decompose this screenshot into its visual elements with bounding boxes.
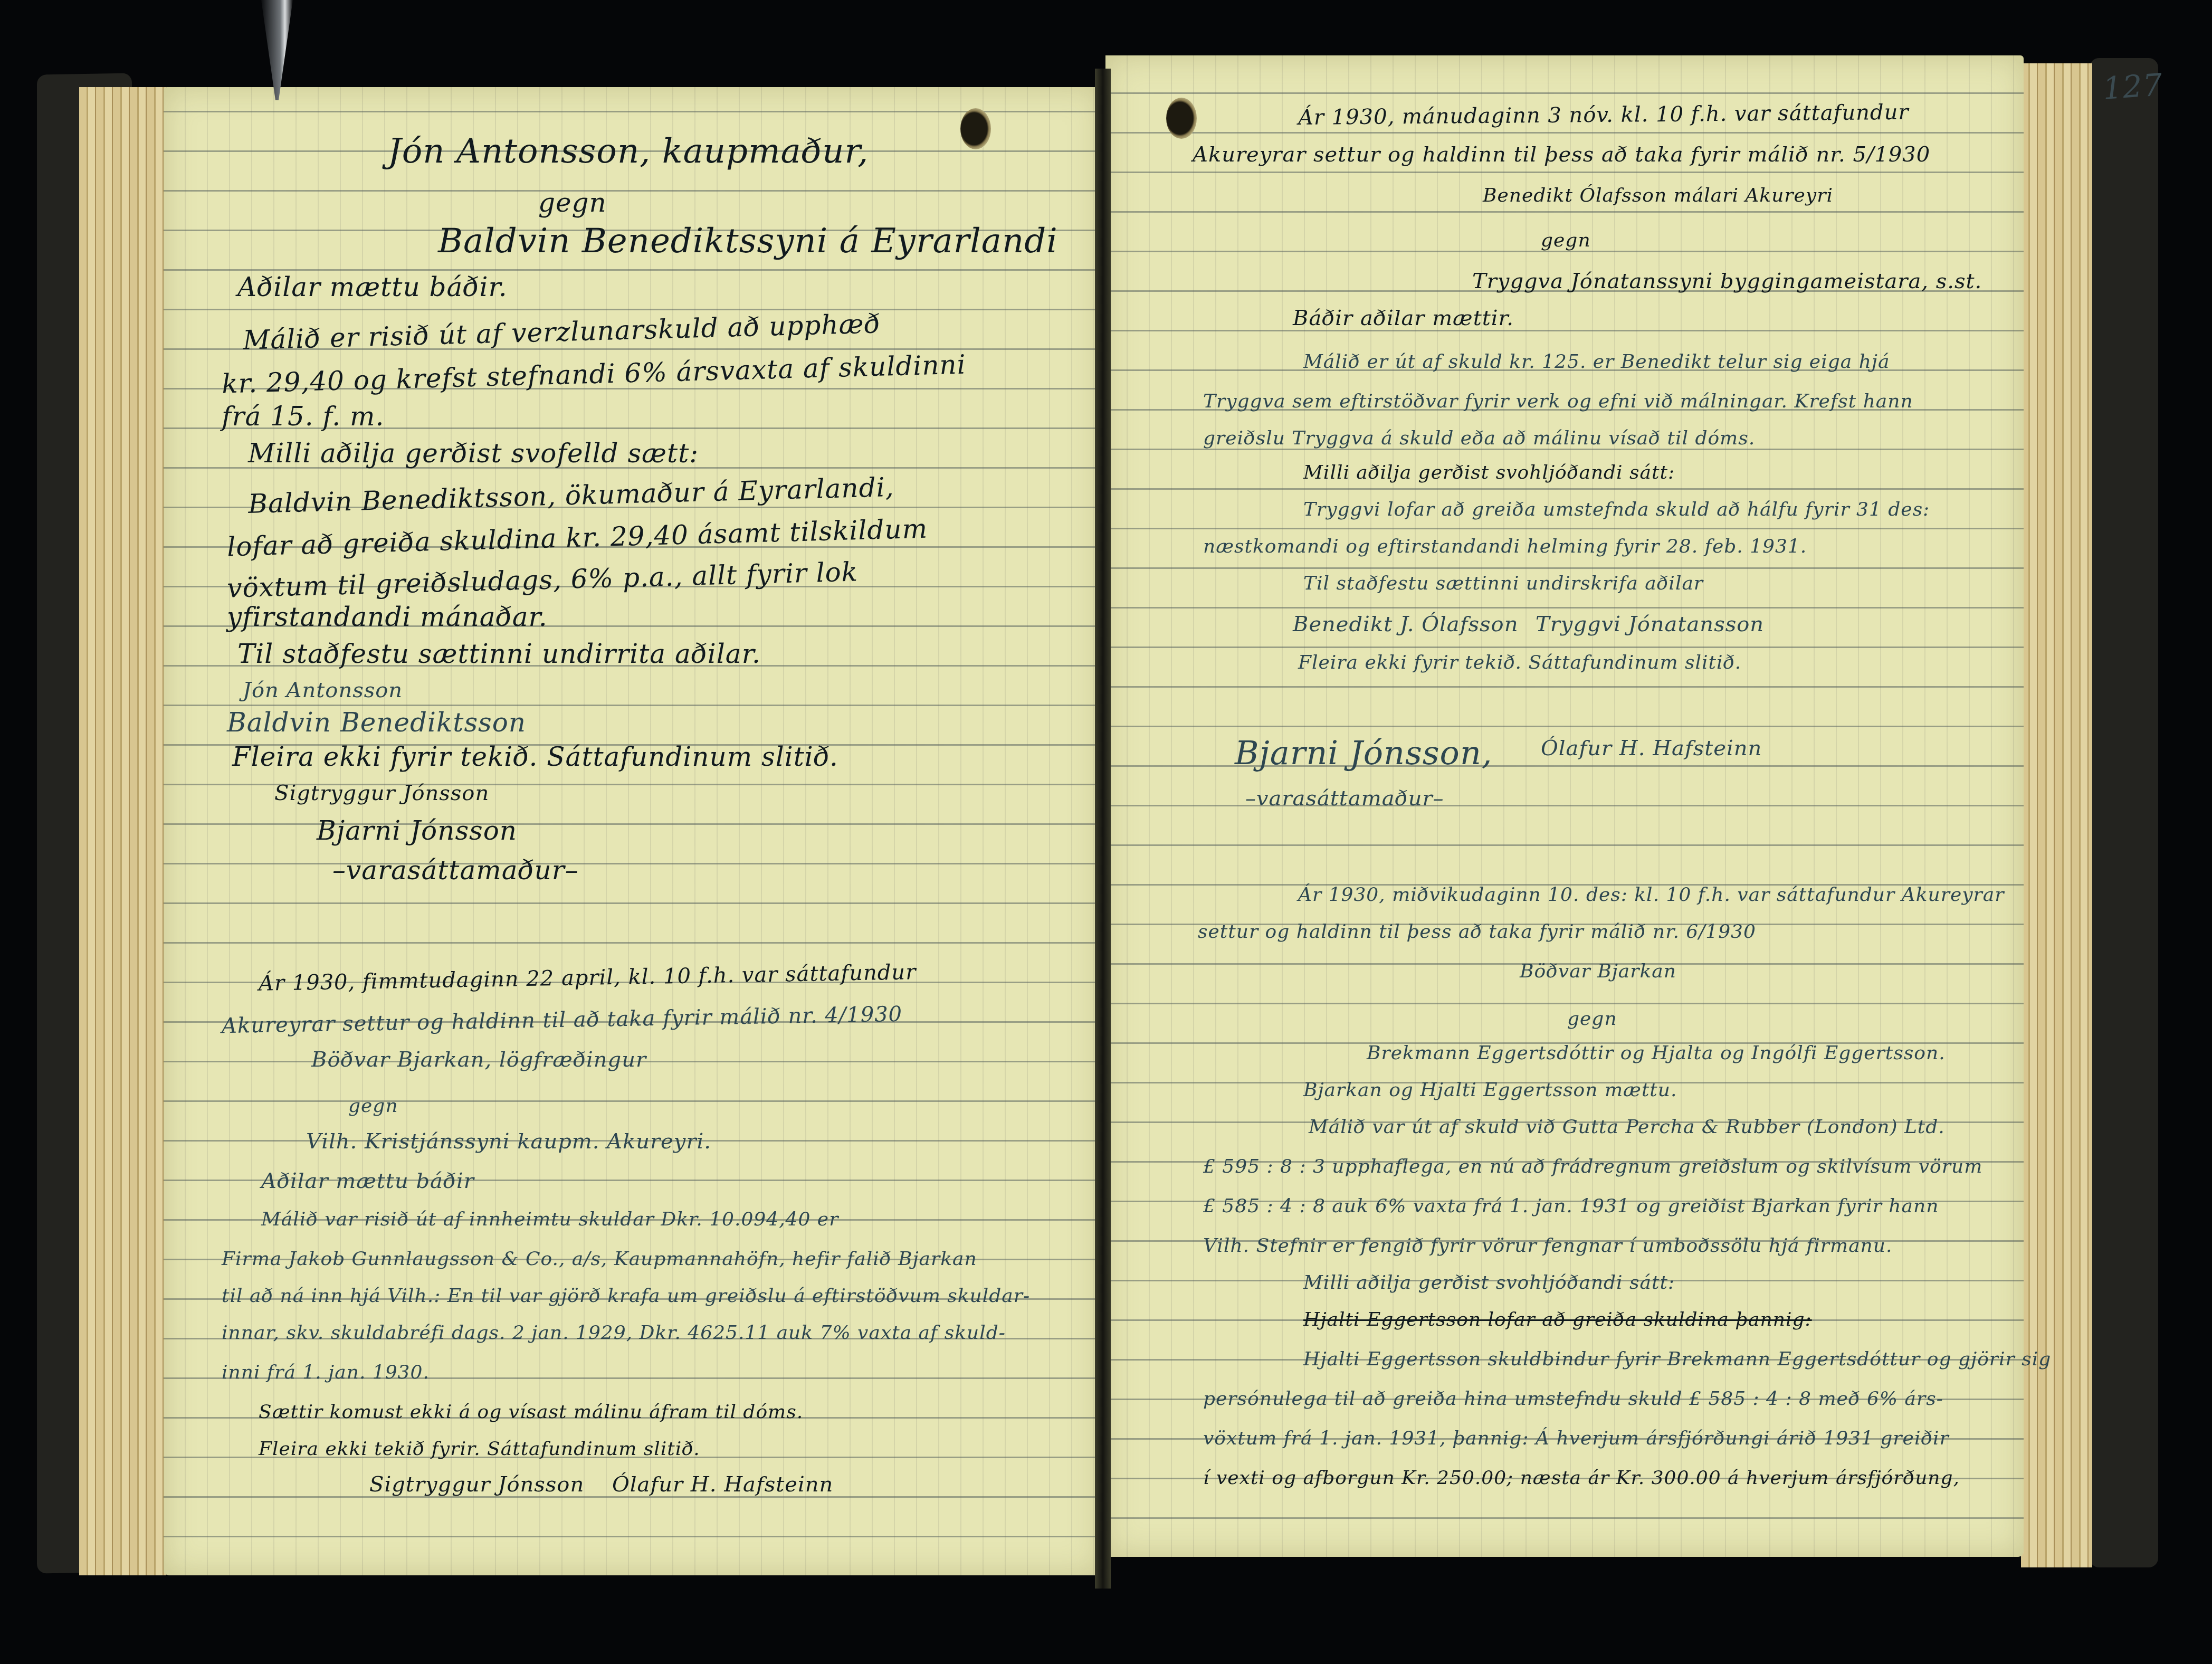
page-number: 127: [2102, 66, 2164, 107]
signature: Sigtryggur Jónsson: [274, 781, 489, 805]
text-line: í vexti og afborgun Kr. 250.00; næsta ár…: [1203, 1467, 1960, 1489]
punch-hole-icon: [1166, 98, 1197, 139]
text-line: Milli aðilja gerðist svohljóðandi sátt:: [1303, 1272, 1675, 1294]
signature: Bjarni Jónsson,: [1235, 734, 1493, 772]
text-line: gegn: [1541, 230, 1591, 251]
text-line: Böðvar Bjarkan, lögfræðingur: [311, 1048, 646, 1072]
text-line: Böðvar Bjarkan: [1520, 961, 1676, 982]
case-defendant: Baldvin Benediktssyni á Eyrarlandi: [438, 222, 1058, 261]
signature: Benedikt J. Ólafsson: [1293, 612, 1518, 636]
signature: Ólafur H. Hafsteinn: [612, 1472, 833, 1497]
text-line: Fleira ekki tekið fyrir. Sáttafundinum s…: [259, 1438, 700, 1460]
text-line: Brekmann Eggertsdóttir og Hjalta og Ingó…: [1367, 1042, 1946, 1064]
text-line: Hjalti Eggertsson skuldbindur fyrir Brek…: [1303, 1348, 2051, 1370]
case-plaintiff: Jón Antonsson, kaupmaður,: [388, 132, 869, 171]
text-line: Vilh. Kristjánssyni kaupm. Akureyri.: [306, 1129, 711, 1154]
text-line: Málið var út af skuld við Gutta Percha &…: [1309, 1116, 1945, 1138]
left-page: [164, 87, 1100, 1575]
text-line: £ 585 : 4 : 8 auk 6% vaxta frá 1. jan. 1…: [1203, 1195, 1939, 1217]
signature: Sigtryggur Jónsson: [369, 1472, 584, 1497]
text-line: vöxtum frá 1. jan. 1931, þannig: Á hverj…: [1203, 1428, 1949, 1449]
text-line: Vilh. Stefnir er fengið fyrir vörur feng…: [1203, 1235, 1892, 1257]
text-line: til að ná inn hjá Vilh.: En til var gjör…: [222, 1285, 1030, 1307]
text-line: inni frá 1. jan. 1930.: [222, 1362, 430, 1383]
text-line: Akureyrar settur og haldinn til þess að …: [1193, 142, 1930, 167]
text-line: Milli aðilja gerðist svofelld sætt:: [248, 438, 699, 469]
text-line: Aðilar mættu báðir: [261, 1169, 474, 1193]
text-line: yfirstandandi mánaðar.: [227, 602, 548, 632]
text-line: Til staðfestu sættinni undirskrifa aðila…: [1303, 573, 1703, 594]
signature-title: –varasáttamaður–: [332, 855, 579, 886]
book-cover-right: [2090, 58, 2158, 1567]
text-line: Málið var risið út af innheimtu skuldar …: [261, 1209, 838, 1230]
text-line: Ár 1930, miðvikudaginn 10. des: kl. 10 f…: [1298, 884, 2004, 906]
text-line: £ 595 : 8 : 3 upphaflega, en nú að frádr…: [1203, 1156, 1982, 1177]
text-line: Firma Jakob Gunnlaugsson & Co., a/s, Kau…: [222, 1248, 977, 1270]
text-line: Báðir aðilar mættir.: [1293, 306, 1514, 330]
case-versus: gegn: [538, 187, 607, 218]
text-line: gegn: [1567, 1008, 1617, 1030]
text-line: Málið er út af skuld kr. 125. er Benedik…: [1303, 351, 1890, 373]
signature-title: –varasáttamaður–: [1245, 786, 1444, 811]
page-edges-right: [2021, 63, 2092, 1567]
struck-text-line: Hjalti Eggertsson lofar að greiða skuldi…: [1303, 1309, 1812, 1330]
pen-nib-icon: [261, 0, 293, 100]
page-edges-left: [79, 87, 166, 1575]
signature: Baldvin Benediktsson: [227, 707, 526, 738]
text-line: Aðilar mættu báðir.: [237, 272, 508, 302]
signature: Bjarni Jónsson: [317, 815, 517, 846]
text-line: greiðslu Tryggva á skuld eða að málinu v…: [1203, 427, 1755, 449]
closing-line: Fleira ekki fyrir tekið. Sáttafundinum s…: [1298, 652, 1741, 673]
closing-line: Fleira ekki fyrir tekið. Sáttafundinum s…: [232, 741, 838, 772]
text-line: settur og haldinn til þess að taka fyrir…: [1198, 921, 1756, 943]
signature: Tryggvi Jónatansson: [1536, 612, 1764, 636]
text-line: Tryggvi lofar að greiða umstefnda skuld …: [1303, 499, 1930, 520]
text-line: Benedikt Ólafsson málari Akureyri: [1483, 185, 1833, 206]
text-line: innar, skv. skuldabréfi dags. 2 jan. 192…: [222, 1322, 1006, 1344]
signature: Ólafur H. Hafsteinn: [1541, 736, 1762, 760]
punch-hole-icon: [960, 108, 991, 149]
text-line: persónulega til að greiða hina umstefndu…: [1203, 1388, 1943, 1410]
text-line: Til staðfestu sættinni undirrita aðilar.: [237, 639, 761, 669]
text-line: Milli aðilja gerðist svohljóðandi sátt:: [1303, 462, 1675, 483]
text-line: Tryggva Jónatanssyni byggingameistara, s…: [1472, 269, 1982, 293]
text-line: frá 15. f. m.: [222, 401, 384, 432]
text-line: Sættir komust ekki á og vísast málinu áf…: [259, 1401, 803, 1423]
text-line: Tryggva sem eftirstöðvar fyrir verk og e…: [1203, 391, 1913, 412]
text-line: Bjarkan og Hjalti Eggertsson mættu.: [1303, 1079, 1677, 1101]
text-line: næstkomandi og eftirstandandi helming fy…: [1203, 536, 1807, 557]
book-gutter: [1095, 69, 1111, 1589]
text-line: gegn: [348, 1095, 398, 1117]
signature: Jón Antonsson: [243, 678, 403, 702]
